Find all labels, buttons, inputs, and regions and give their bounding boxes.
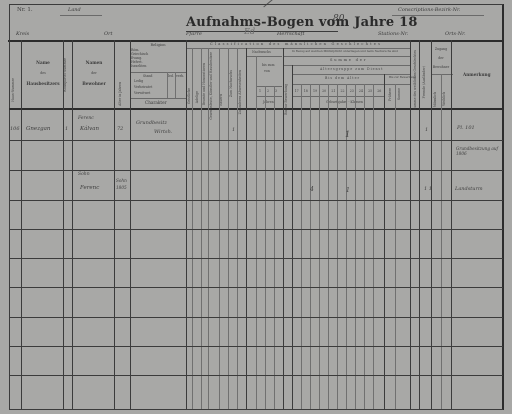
religion-divider [130, 72, 186, 73]
vrule-m8 [364, 84, 365, 410]
row1-alter: 72 [117, 127, 123, 132]
form-title: Aufnahms-Bogen vom Jahre 18 [186, 16, 418, 29]
row3-alter: Sohn 1805 [116, 178, 128, 191]
row3-bewohner-2: Ferenc [80, 186, 99, 192]
vrule-m7 [355, 84, 356, 410]
vrule-m4 [328, 84, 329, 410]
row-rule-9 [9, 375, 503, 376]
vrule-b2 [410, 40, 411, 410]
vrule-bewohner [114, 40, 115, 410]
row3-anmerkung: Landsturm [455, 187, 483, 192]
year-handwritten: 80 [333, 15, 344, 24]
militaer-col-3: Summe [398, 88, 401, 100]
nachwuchs-age-3: 3 [275, 90, 277, 93]
geburt-vertical: Bis zur Bewerbung [285, 84, 288, 115]
stand-col-b [175, 72, 176, 98]
frame-right [502, 4, 504, 410]
col-hausbesitzer-l1: Name [22, 60, 64, 65]
vrule-m10 [384, 74, 385, 410]
militaer-note: In Bezug auf welchen Militärpflicht unte… [292, 50, 398, 53]
census-form-sheet: Nr. 1. Land Aufnahms-Bogen vom Jahre 18 … [0, 0, 512, 414]
religion-box: Religion Röm. Griechisch Evang. Helvet. … [131, 43, 185, 68]
row1-bewohner-2: Kálvan [80, 127, 99, 133]
vrule-m3 [319, 84, 320, 410]
stand-led: led. [168, 75, 174, 78]
nachwuchs-age-1: 1 [259, 90, 261, 93]
class-col-2: Adelige [196, 91, 199, 103]
vrule-m5 [337, 84, 338, 410]
vrule-w [419, 40, 420, 410]
class-col-4: Gewerbsleute, Künstler und Hausbesitzer [210, 52, 213, 120]
col-hausbesitzer-l3: Hausbesitzers [22, 81, 64, 86]
age-col: 17 [292, 89, 301, 93]
stations-label: Stations-Nr. [378, 32, 408, 37]
row3-bewohner-1: Sohn [78, 173, 90, 178]
col-charakter: Charakter [145, 101, 167, 105]
vrule-f [431, 40, 432, 410]
fremde: Fremde (Ausländer) [423, 66, 426, 99]
nachwuchs-age-2: 2 [267, 90, 269, 93]
row3-age-mark: 4 [310, 187, 314, 193]
nachwuchs-sub-3: von [264, 70, 270, 73]
row1-charakter-2: Wirtsh. [154, 130, 172, 135]
row1-haus-nr: 106 [10, 127, 20, 132]
classification-title: Classification des männlichen Geschlecht… [210, 43, 382, 47]
vrule-alter [130, 40, 131, 410]
summe-weiblich: Summe des weiblichen Geschlechtes [414, 50, 417, 110]
bis-zur-bewerbung: Bis zur Bewerbung [389, 76, 416, 79]
zahl-label: Summe der [330, 59, 367, 63]
vrule-n2 [274, 86, 275, 410]
herrschaft-label: Herrschaft [277, 32, 305, 37]
row3-zahl-mark: 1 [346, 188, 350, 194]
age-cols-row: 17 18 19 20 21 22 23 24 25 26 [292, 89, 384, 93]
vrule-partei [72, 40, 73, 410]
col-anmerkung: Anmerkung [463, 73, 491, 77]
title-underline [186, 31, 338, 32]
vrule-b1 [395, 84, 396, 410]
class-col-6: Zum Nachwuchs [230, 70, 233, 97]
stand-col-a [167, 72, 168, 98]
geburtsjahr-label: Geburtsjahre - Klassen [326, 101, 363, 104]
zugang-l1: Zugang [432, 47, 450, 51]
pfarre-handwritten: Ed [244, 28, 255, 36]
orts-label: Orts-Nr. [445, 32, 466, 37]
col-hausbesitzer-l2: des [22, 71, 64, 75]
vrule-m0 [292, 65, 293, 410]
stand-row-3: Verwitwet [134, 92, 150, 95]
zugang-l3: Bewohner [432, 65, 450, 69]
vrule-m9 [373, 84, 374, 410]
frame-bottom [9, 409, 503, 410]
zugang-rule [431, 74, 453, 75]
age-col: 18 [301, 89, 310, 93]
nachwuchs-title: Nachwuchs [252, 51, 271, 54]
stand-row-2: Verheiratet [134, 86, 152, 89]
row-rule-2 [9, 170, 503, 171]
col-bewohner-l1: Namen [73, 60, 115, 65]
nachwuchs-jahre-rule [256, 96, 282, 97]
vrule-charakter [186, 40, 187, 410]
zugang-col-m: Männlich [434, 92, 437, 107]
frame-top [9, 4, 503, 5]
nachwuchs-age-rule [256, 86, 282, 87]
vrule-m1 [301, 84, 302, 410]
vrule-z2 [451, 40, 452, 410]
col-bewohner-l3: Bewohner [73, 81, 115, 86]
col-bewohner: Namen der Bewohner [73, 60, 115, 86]
altersgruppe-label: Altersgruppe zum Dienst [320, 68, 383, 71]
kreis-label: Kreis [16, 32, 29, 37]
row-rule-4 [9, 229, 503, 230]
col-alter: Alter in Jahren [119, 82, 122, 106]
row-rule-7 [9, 317, 503, 318]
zugang-col-w: Weiblich [443, 92, 446, 106]
vrule-m2 [310, 84, 311, 410]
class-col-5: Bauern [220, 94, 223, 106]
row-rule-6 [9, 287, 503, 288]
pfarre-label: Pfarre [186, 32, 202, 37]
col-haus-nr: Haus-Nummer [12, 78, 15, 102]
religion-row-5: Israeliten [131, 64, 185, 68]
conscription-district-label: Conscriptions-Bezirk-Nr. [398, 8, 460, 13]
frame-left [9, 4, 10, 410]
row1-anmerkung: Pl. 101 [457, 126, 475, 131]
vrule-besitzer [63, 40, 64, 410]
nachwuchs-rule [246, 56, 282, 57]
row-rule-1 [9, 140, 503, 141]
age-bottom-rule [292, 96, 384, 97]
row1-bewohner-1: Ferenc [78, 117, 94, 122]
militaer-rule-2 [283, 65, 410, 66]
col-wohnpartei: Wohnpartei-Nummer [64, 58, 67, 92]
charakter-divider [130, 98, 186, 99]
district-underline [392, 15, 484, 16]
row3-summe: 1 1 [424, 187, 432, 192]
vrule-n1 [265, 86, 266, 410]
vrule-haus [21, 40, 22, 410]
militaer-col-1: Frühere [389, 88, 392, 101]
row1-class-mark: 1 [232, 128, 235, 133]
class-col-7: Zu anderen Abwesenheiten [239, 70, 242, 114]
form-number: Nr. 1. [17, 8, 33, 14]
stand-verh: verh. [176, 75, 184, 78]
vrule-z1 [441, 74, 442, 410]
class-col-1: Geistliche [188, 88, 191, 104]
ab-alter-label: Bis dem Alter [325, 77, 360, 80]
nachwuchs-sub-1: bis zum [262, 64, 274, 67]
row1-zahl-mark: 1 [345, 131, 350, 139]
row-rule-5 [9, 258, 503, 259]
militaer-rule-1 [283, 56, 410, 57]
class-col-3: Beamte und Honoratioren [203, 63, 206, 105]
stand-row-1: Ledig [134, 80, 143, 83]
row-rule-3 [9, 200, 503, 201]
ort-label: Ort [104, 32, 113, 37]
land-underline [60, 15, 102, 16]
row1-summe: 1 [425, 128, 428, 133]
row-rule-8 [9, 346, 503, 347]
col-hausbesitzer: Name des Hausbesitzers [22, 60, 64, 86]
zugang-box: Zugang der Bewohner [432, 47, 450, 69]
age-col: 26 [375, 89, 384, 93]
land-label: Land [68, 8, 81, 13]
row1-charakter-1: Grundbesitz [136, 121, 167, 126]
stand-label: Stand [143, 75, 152, 78]
religion-title: Religion [131, 43, 185, 47]
vrule-n0 [256, 56, 257, 410]
row2-anmerkung: Grundbesitzung auf 1806 [456, 146, 500, 157]
col-bewohner-l2: der [73, 71, 115, 75]
zugang-l2: der [432, 56, 450, 60]
row1-hausbesitzer: Gnezgan [26, 127, 50, 133]
row1-wohnpartei: 1 [65, 127, 68, 132]
